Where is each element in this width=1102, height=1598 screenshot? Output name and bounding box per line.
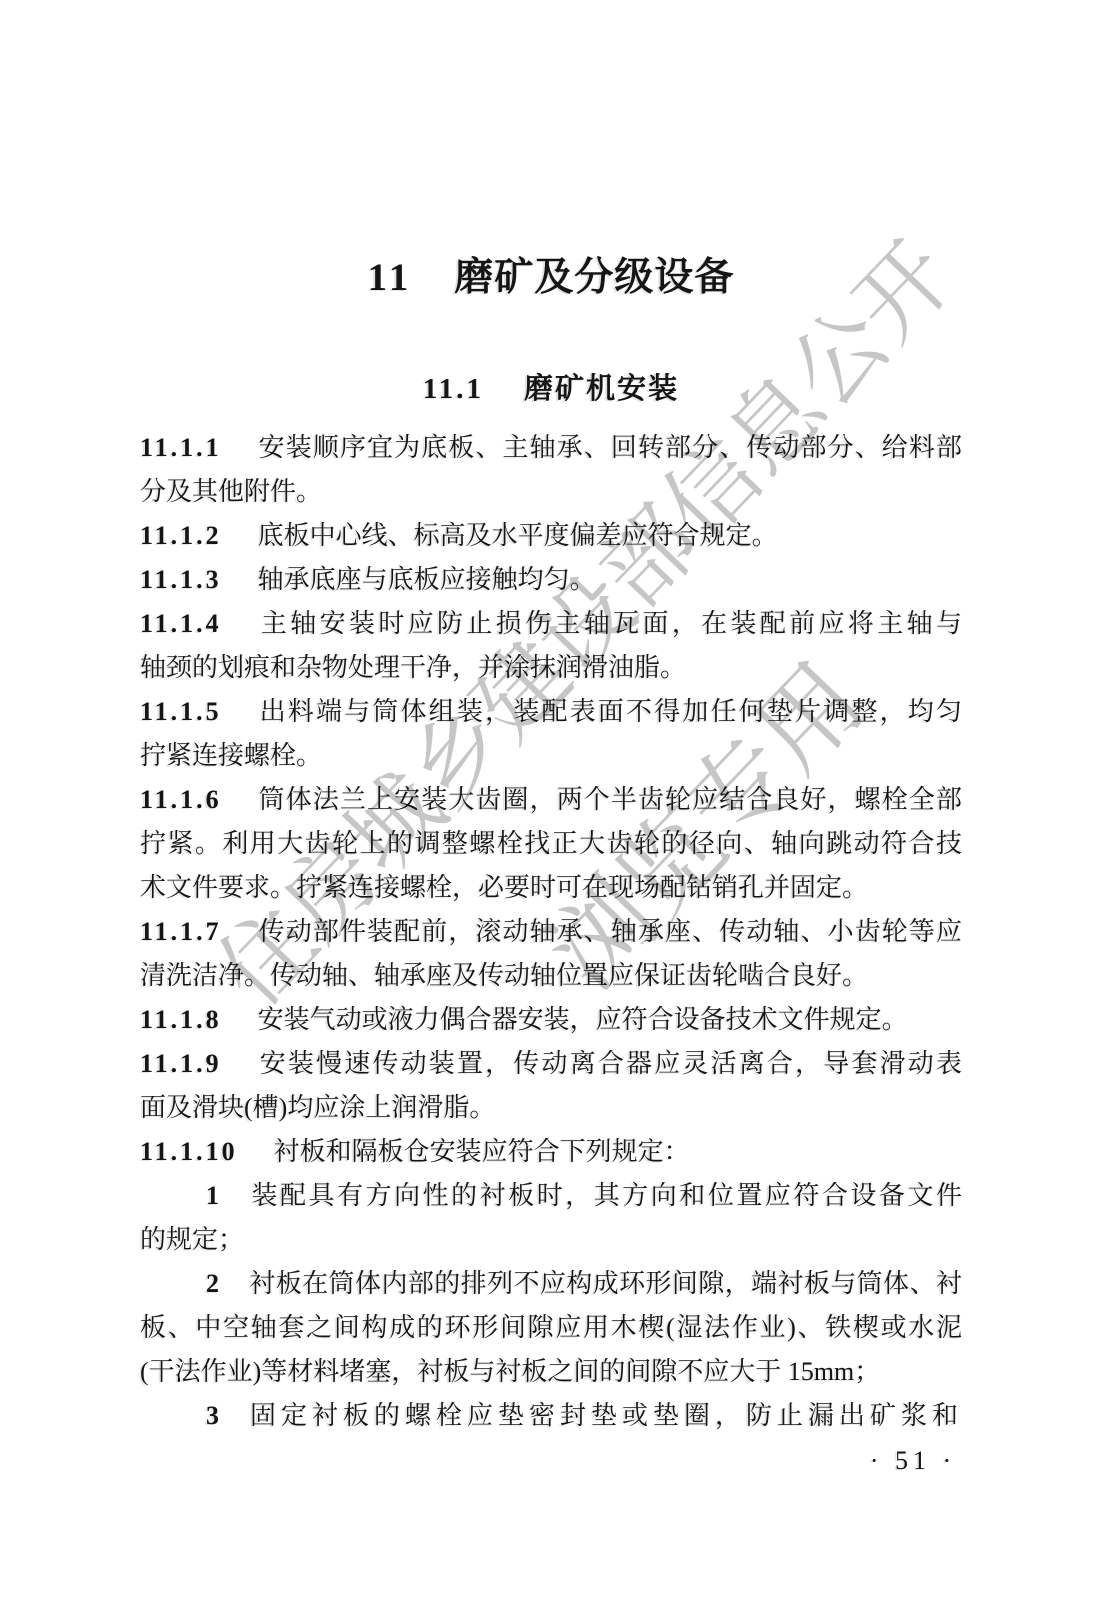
line-text: 拧紧。利用大齿轮上的调整螺栓找正大齿轮的径向、轴向跳动符合技 (140, 829, 962, 858)
clause-number: 11.1.3 (140, 565, 222, 594)
line-text: 衬板和隔板仓安装应符合下列规定： (274, 1137, 690, 1166)
line-text: 传动部件装配前，滚动轴承、轴承座、传动轴、小齿轮等应 (258, 917, 962, 946)
clause-number: 11.1.9 (140, 1049, 222, 1078)
text-line: 面及滑块(槽)均应涂上润滑脂。 (140, 1086, 962, 1130)
text-line: (干法作业)等材料堵塞，衬板与衬板之间的间隙不应大于 15mm； (140, 1350, 962, 1394)
clause-number: 11.1.6 (140, 785, 222, 814)
document-page: 住房城乡建设部信息公开 浏览专用 11磨矿及分级设备 11.1磨矿机安装 11.… (0, 0, 1102, 1598)
line-text: 分及其他附件。 (140, 477, 322, 506)
text-line: 11.1.7传动部件装配前，滚动轴承、轴承座、传动轴、小齿轮等应 (140, 910, 962, 954)
line-text: 安装顺序宜为底板、主轴承、回转部分、传动部分、给料部 (258, 433, 962, 462)
text-line: 11.1.2底板中心线、标高及水平度偏差应符合规定。 (140, 514, 962, 558)
clause-number: 11.1.1 (140, 433, 222, 462)
text-line: 11.1.3轴承底座与底板应接触均匀。 (140, 558, 962, 602)
text-line: 11.1.6筒体法兰上安装大齿圈，两个半齿轮应结合良好，螺栓全部 (140, 778, 962, 822)
text-line: 拧紧。利用大齿轮上的调整螺栓找正大齿轮的径向、轴向跳动符合技 (140, 822, 962, 866)
clause-number: 11.1.4 (140, 609, 222, 638)
line-text: 术文件要求。拧紧连接螺栓，必要时可在现场配钻销孔并固定。 (140, 873, 868, 902)
text-line: 清洗洁净。传动轴、轴承座及传动轴位置应保证齿轮啮合良好。 (140, 954, 962, 998)
line-text: 的规定； (140, 1225, 244, 1254)
chapter-name: 磨矿及分级设备 (454, 256, 734, 299)
section-heading: 11.1磨矿机安装 (0, 366, 1102, 407)
item-number: 2 (206, 1262, 219, 1306)
text-line: 板、中空轴套之间构成的环形间隙应用木楔(湿法作业)、铁楔或水泥 (140, 1306, 962, 1350)
line-text: 安装气动或液力偶合器安装，应符合设备技术文件规定。 (258, 1005, 908, 1034)
text-line: 分及其他附件。 (140, 470, 962, 514)
page-number: · 51 · (848, 1446, 978, 1476)
line-text: 装配具有方向性的衬板时，其方向和位置应符合设备文件 (249, 1181, 962, 1210)
line-text: 拧紧连接螺栓。 (140, 741, 322, 770)
line-text: 清洗洁净。传动轴、轴承座及传动轴位置应保证齿轮啮合良好。 (140, 961, 868, 990)
section-number: 11.1 (423, 373, 484, 405)
text-line: 1装配具有方向性的衬板时，其方向和位置应符合设备文件 (140, 1174, 962, 1218)
body-text: 11.1.1安装顺序宜为底板、主轴承、回转部分、传动部分、给料部分及其他附件。1… (140, 426, 962, 1438)
text-line: 的规定； (140, 1218, 962, 1262)
clause-number: 11.1.7 (140, 917, 222, 946)
clause-number: 11.1.8 (140, 1005, 222, 1034)
clause-number: 11.1.2 (140, 521, 222, 550)
line-text: 轴承底座与底板应接触均匀。 (258, 565, 596, 594)
line-text: 衬板在筒体内部的排列不应构成环形间隙，端衬板与筒体、衬 (249, 1269, 962, 1298)
line-text: 筒体法兰上安装大齿圈，两个半齿轮应结合良好，螺栓全部 (258, 785, 962, 814)
clause-number: 11.1.10 (140, 1137, 238, 1166)
text-line: 11.1.8安装气动或液力偶合器安装，应符合设备技术文件规定。 (140, 998, 962, 1042)
item-number: 1 (206, 1174, 219, 1218)
text-line: 11.1.9安装慢速传动装置，传动离合器应灵活离合，导套滑动表 (140, 1042, 962, 1086)
line-text: 面及滑块(槽)均应涂上润滑脂。 (140, 1093, 495, 1122)
clause-number: 11.1.5 (140, 697, 222, 726)
line-text: 固定衬板的螺栓应垫密封垫或垫圈，防止漏出矿浆和 (249, 1401, 962, 1430)
text-line: 拧紧连接螺栓。 (140, 734, 962, 778)
chapter-number: 11 (368, 256, 413, 299)
item-number: 3 (206, 1394, 219, 1438)
text-line: 术文件要求。拧紧连接螺栓，必要时可在现场配钻销孔并固定。 (140, 866, 962, 910)
line-text: 安装慢速传动装置，传动离合器应灵活离合，导套滑动表 (258, 1049, 962, 1078)
line-text: 轴颈的划痕和杂物处理干净，并涂抹润滑油脂。 (140, 653, 686, 682)
text-line: 11.1.4主轴安装时应防止损伤主轴瓦面，在装配前应将主轴与 (140, 602, 962, 646)
section-name: 磨矿机安装 (524, 373, 679, 405)
text-line: 11.1.5出料端与筒体组装，装配表面不得加任何垫片调整，均匀 (140, 690, 962, 734)
line-text: (干法作业)等材料堵塞，衬板与衬板之间的间隙不应大于 15mm； (140, 1357, 880, 1386)
line-text: 主轴安装时应防止损伤主轴瓦面，在装配前应将主轴与 (258, 609, 962, 638)
line-text: 板、中空轴套之间构成的环形间隙应用木楔(湿法作业)、铁楔或水泥 (140, 1313, 962, 1342)
chapter-title: 11磨矿及分级设备 (0, 246, 1102, 302)
text-line: 11.1.10衬板和隔板仓安装应符合下列规定： (140, 1130, 962, 1174)
line-text: 底板中心线、标高及水平度偏差应符合规定。 (258, 521, 778, 550)
text-line: 3固定衬板的螺栓应垫密封垫或垫圈，防止漏出矿浆和 (140, 1394, 962, 1438)
line-text: 出料端与筒体组装，装配表面不得加任何垫片调整，均匀 (258, 697, 962, 726)
text-line: 2衬板在筒体内部的排列不应构成环形间隙，端衬板与筒体、衬 (140, 1262, 962, 1306)
text-line: 11.1.1安装顺序宜为底板、主轴承、回转部分、传动部分、给料部 (140, 426, 962, 470)
text-line: 轴颈的划痕和杂物处理干净，并涂抹润滑油脂。 (140, 646, 962, 690)
